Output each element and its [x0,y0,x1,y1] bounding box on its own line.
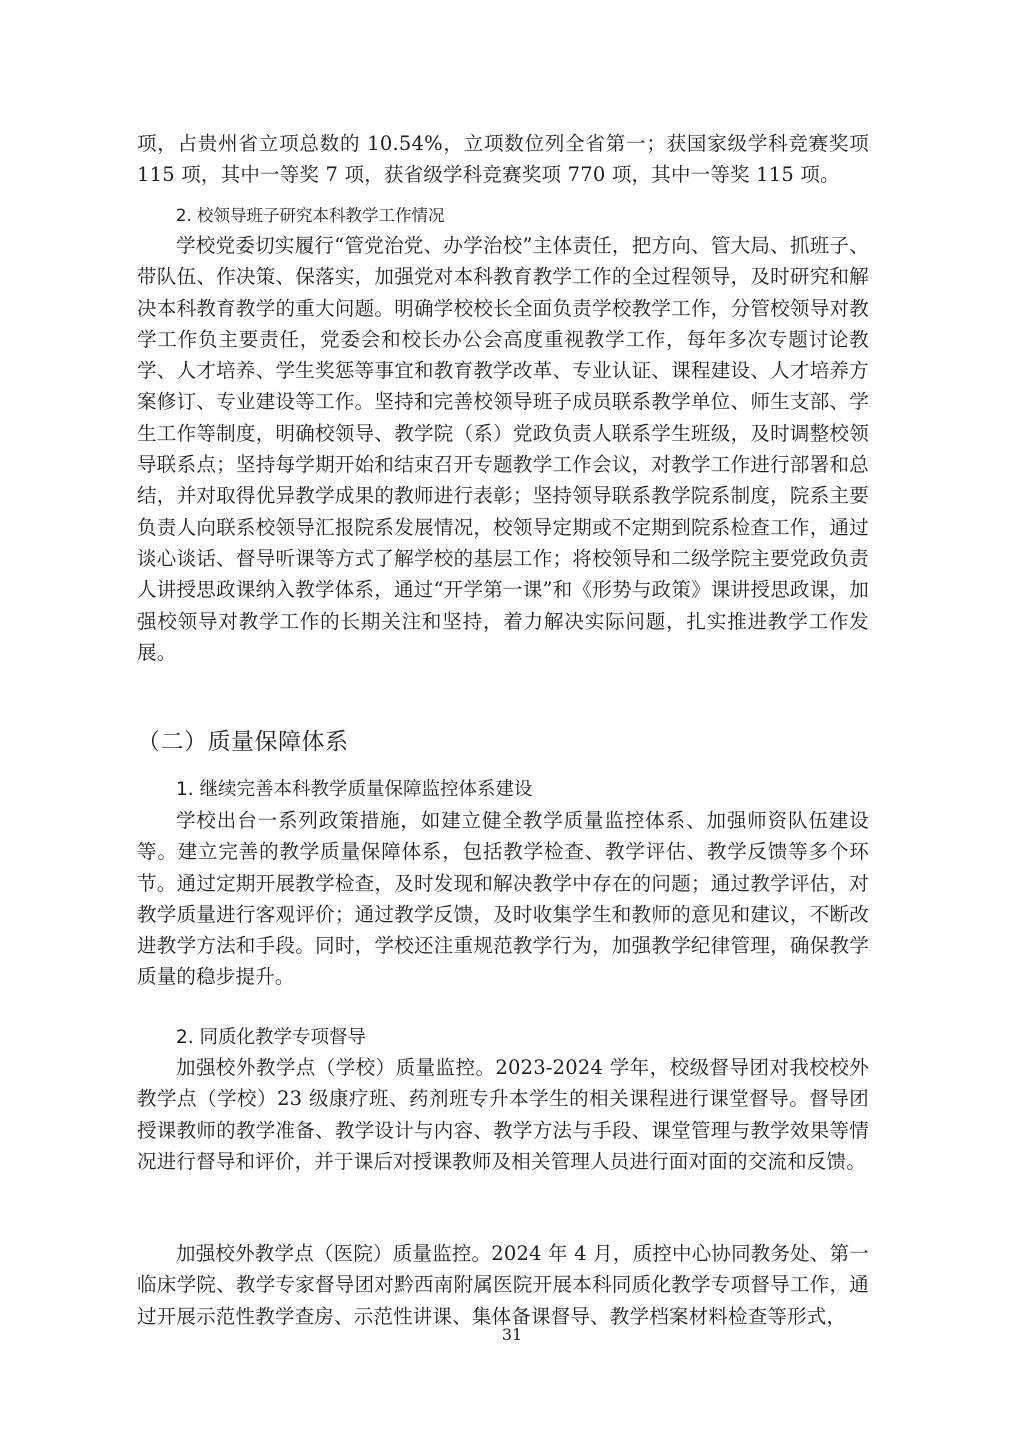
paragraph-text: 学校出台一系列政策措施，如建立健全教学质量监控体系、加强师资队伍建设等。建立完善… [137,805,869,993]
paragraph-continued: 项，占贵州省立项总数的 10.54%，立项数位列全省第一；获国家级学科竞赛奖项 … [137,128,869,191]
document-page: 项，占贵州省立项总数的 10.54%，立项数位列全省第一；获国家级学科竞赛奖项 … [0,0,1024,1448]
paragraph-text: 加强校外教学点（学校）质量监控。2023-2024 学年，校级督导团对我校校外教… [137,1052,869,1177]
heading-homogenization-supervision: 2. 同质化教学专项督导 [176,1023,366,1049]
heading-monitoring-system: 1. 继续完善本科教学质量保障监控体系建设 [176,775,533,801]
paragraph-text: 学校党委切实履行“管党治党、办学治校”主体责任，把方向、管大局、抓班子、带队伍、… [137,230,869,668]
paragraph-text: 项，占贵州省立项总数的 10.54%，立项数位列全省第一；获国家级学科竞赛奖项 … [137,128,869,191]
paragraph-hospital-sites: 加强校外教学点（医院）质量监控。2024 年 4 月，质控中心协同教务处、第一临… [137,1238,869,1332]
paragraph-text: 加强校外教学点（医院）质量监控。2024 年 4 月，质控中心协同教务处、第一临… [137,1238,869,1332]
page-number: 31 [0,1325,1024,1344]
paragraph-monitoring: 学校出台一系列政策措施，如建立健全教学质量监控体系、加强师资队伍建设等。建立完善… [137,805,869,993]
paragraph-party-committee: 学校党委切实履行“管党治党、办学治校”主体责任，把方向、管大局、抓班子、带队伍、… [137,230,869,668]
heading-leadership-research: 2. 校领导班子研究本科教学工作情况 [176,202,445,226]
paragraph-school-sites: 加强校外教学点（学校）质量监控。2023-2024 学年，校级督导团对我校校外教… [137,1052,869,1177]
section-heading-quality-assurance: （二）质量保障体系 [137,723,349,756]
